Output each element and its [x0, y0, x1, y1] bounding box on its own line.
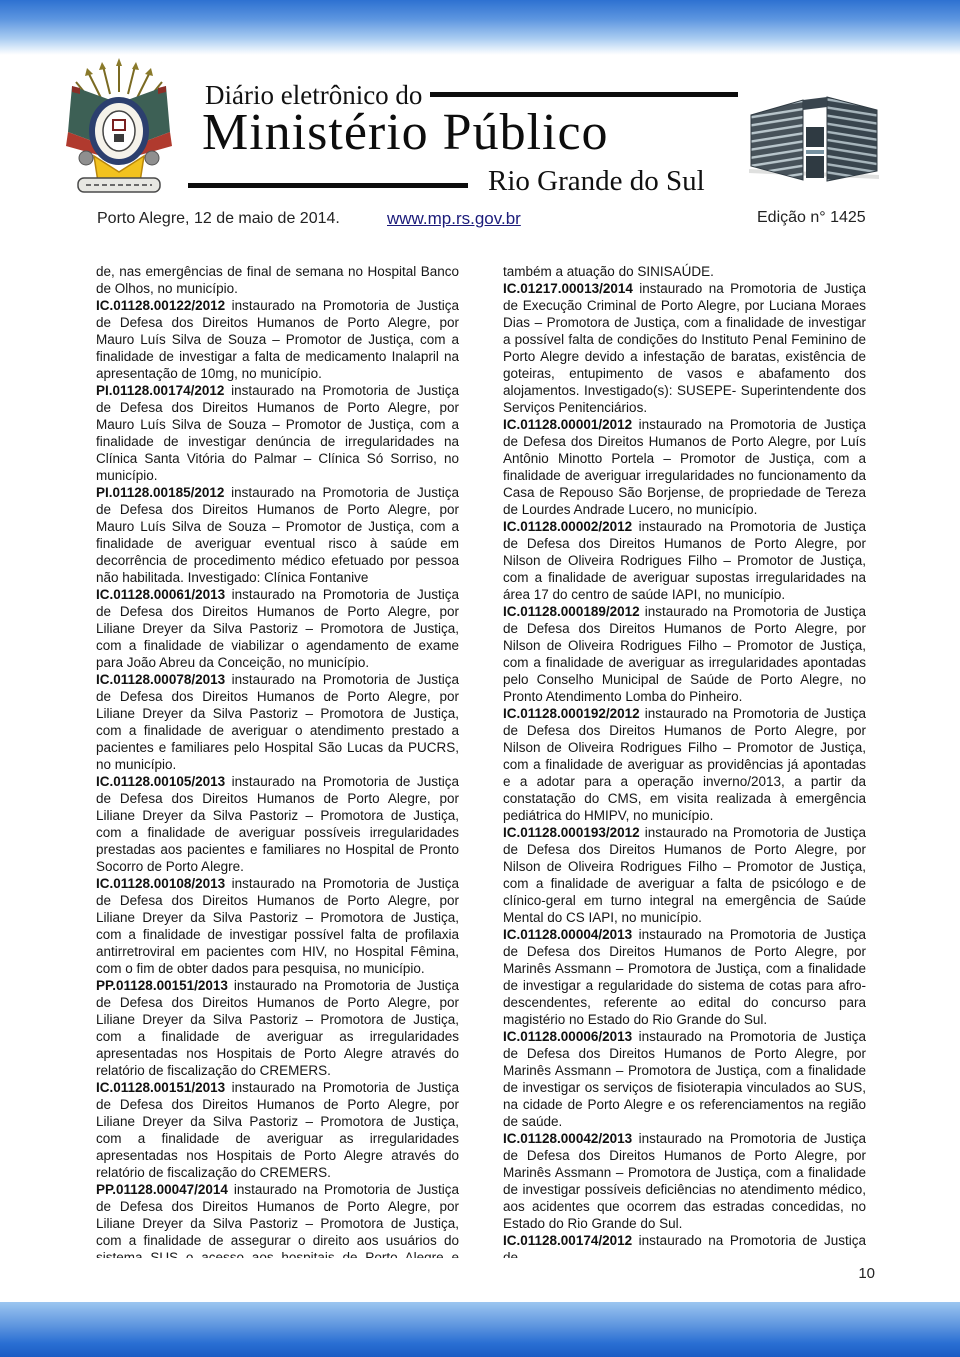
edition-label: Edição n° 1425 [757, 209, 866, 227]
top-gradient-bar [0, 0, 960, 55]
case-id: PI.01128.00174/2012 [96, 383, 224, 398]
case-entry: IC.01128.00105/2013 instaurado na Promot… [96, 773, 459, 875]
case-entry: IC.01128.000192/2012 instaurado na Promo… [503, 705, 866, 824]
content-columns: de, nas emergências de final de semana n… [96, 263, 866, 1258]
case-id: IC.01128.00004/2013 [503, 927, 632, 942]
case-entry: de, nas emergências de final de semana n… [96, 263, 459, 297]
case-id: IC.01128.000193/2012 [503, 825, 640, 840]
website-link[interactable]: www.mp.rs.gov.br [387, 209, 521, 229]
case-entry: IC.01128.00108/2013 instaurado na Promot… [96, 875, 459, 977]
case-id: PI.01128.00185/2012 [96, 485, 224, 500]
case-id: IC.01128.00174/2012 [503, 1233, 632, 1248]
case-id: IC.01128.00122/2012 [96, 298, 225, 313]
case-id: IC.01128.00061/2013 [96, 587, 225, 602]
case-entry: PP.01128.00047/2014 instaurado na Promot… [96, 1181, 459, 1258]
case-entry: IC.01128.00006/2013 instaurado na Promot… [503, 1028, 866, 1130]
case-entry: IC.01128.000193/2012 instaurado na Promo… [503, 824, 866, 926]
masthead-rule-bottom [188, 183, 468, 188]
gazette-page: Diário eletrônico do Ministério Público … [0, 0, 960, 1357]
rs-coat-of-arms-logo [58, 58, 180, 198]
case-entry: IC.01128.00042/2013 instaurado na Promot… [503, 1130, 866, 1232]
masthead-rule-top [430, 92, 738, 97]
case-entry: IC.01128.000189/2012 instaurado na Promo… [503, 603, 866, 705]
case-entry: IC.01128.00002/2012 instaurado na Promot… [503, 518, 866, 603]
bottom-gradient-bar [0, 1302, 960, 1357]
case-id: IC.01128.00002/2012 [503, 519, 632, 534]
case-entry: IC.01128.00174/2012 instaurado na Promot… [503, 1232, 866, 1258]
case-entry: IC.01128.00061/2013 instaurado na Promot… [96, 586, 459, 671]
case-id: PP.01128.00047/2014 [96, 1182, 228, 1197]
case-id: IC.01128.00151/2013 [96, 1080, 225, 1095]
right-column: também a atuação do SINISAÚDE.IC.01217.0… [503, 263, 866, 1258]
date-line: Porto Alegre, 12 de maio de 2014. [97, 210, 340, 228]
case-entry: IC.01128.00004/2013 instaurado na Promot… [503, 926, 866, 1028]
case-id: IC.01128.000192/2012 [503, 706, 640, 721]
case-id: IC.01128.00042/2013 [503, 1131, 632, 1146]
case-entry: IC.01128.00001/2012 instaurado na Promot… [503, 416, 866, 518]
case-id: IC.01128.00006/2013 [503, 1029, 632, 1044]
case-entry: PI.01128.00185/2012 instaurado na Promot… [96, 484, 459, 586]
mp-building-image [743, 93, 885, 188]
masthead-title: Ministério Público [202, 103, 609, 162]
case-id: IC.01128.00001/2012 [503, 417, 632, 432]
case-id: IC.01128.00078/2013 [96, 672, 225, 687]
case-id: IC.01128.00105/2013 [96, 774, 225, 789]
left-column: de, nas emergências de final de semana n… [96, 263, 459, 1258]
case-id: IC.01128.000189/2012 [503, 604, 640, 619]
page-number: 10 [830, 1265, 875, 1282]
case-entry: IC.01128.00078/2013 instaurado na Promot… [96, 671, 459, 773]
case-entry: PI.01128.00174/2012 instaurado na Promot… [96, 382, 459, 484]
case-entry: IC.01128.00151/2013 instaurado na Promot… [96, 1079, 459, 1181]
case-id: IC.01217.00013/2014 [503, 281, 633, 296]
case-entry: IC.01128.00122/2012 instaurado na Promot… [96, 297, 459, 382]
case-entry: IC.01217.00013/2014 instaurado na Promot… [503, 280, 866, 416]
case-entry: também a atuação do SINISAÚDE. [503, 263, 866, 280]
case-entry: PP.01128.00151/2013 instaurado na Promot… [96, 977, 459, 1079]
case-id: PP.01128.00151/2013 [96, 978, 228, 993]
case-id: IC.01128.00108/2013 [96, 876, 225, 891]
masthead-subtitle: Rio Grande do Sul [488, 165, 705, 198]
